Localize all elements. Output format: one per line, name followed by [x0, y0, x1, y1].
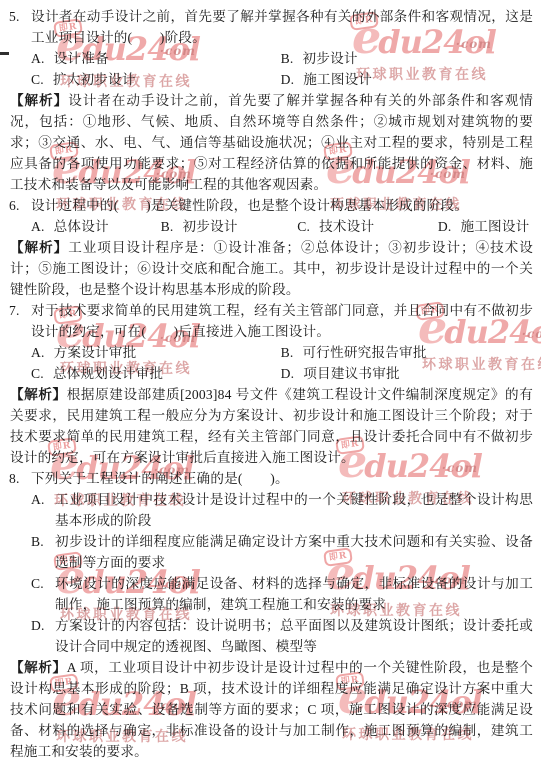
- option-group: A.工业项目设计中技术设计是设计过程中的一个关键性阶段，也是整个设计构思基本形成…: [8, 489, 533, 657]
- analysis-label: 【解析】: [10, 660, 67, 675]
- option-group: A.总体设计 B.初步设计 C.技术设计 D.施工图设计: [8, 216, 533, 237]
- option-group: A.方案设计审批 B.可行性研究报告审批 C.总体规划设计审批 D.项目建议书审…: [8, 342, 533, 384]
- document-page: 5. 设计者在动手设计之前，首先要了解并掌握各种有关的外部条件和客观情况，这是工…: [0, 0, 541, 763]
- option-a: A.总体设计: [31, 216, 157, 237]
- option-a: A.方案设计审批: [31, 342, 277, 363]
- option-text: 方案设计的内容包括：设计说明书；总平面图以及建筑设计图纸；设计委托或设计合同中规…: [55, 618, 533, 654]
- option-label: A.: [31, 219, 45, 234]
- option-b: B.可行性研究报告审批: [281, 342, 427, 363]
- option-c: C.扩大初步设计: [31, 69, 277, 90]
- option-label: C.: [31, 573, 44, 594]
- analysis: 【解析】工业项目设计程序是：①设计准备；②总体设计；③初步设计；④技术设计；⑤施…: [10, 237, 533, 300]
- option-b: B.初步设计: [161, 216, 294, 237]
- option-label: C.: [31, 366, 44, 381]
- analysis: 【解析】A 项，工业项目设计中初步设计是设计过程中的一个关键性阶段，也是整个设计…: [10, 657, 533, 762]
- analysis: 【解析】设计者在动手设计之前，首先要了解并掌握各种有关的外部条件和客观情况，包括…: [10, 90, 533, 195]
- option-text: 工业项目设计中技术设计是设计过程中的一个关键性阶段，也是整个设计构思基本形成的阶…: [55, 492, 533, 528]
- option-text: 总体规划设计审批: [53, 366, 163, 381]
- question-stem-text: 下列关于工程设计的阐述正确的是( )。: [31, 471, 289, 486]
- analysis-label: 【解析】: [10, 240, 68, 255]
- question-7: 7. 对于技术要求简单的民用建筑工程，经有关主管部门同意，并且合同中有不做初步设…: [8, 300, 533, 468]
- option-text: 初步设计: [302, 51, 357, 66]
- question-stem-text: 设计过程中的( )是关键性阶段，也是整个设计构思基本形成的阶段。: [31, 198, 468, 213]
- question-stem: 8. 下列关于工程设计的阐述正确的是( )。: [8, 468, 533, 489]
- option-label: D.: [281, 366, 295, 381]
- option-text: 可行性研究报告审批: [302, 345, 426, 360]
- option-label: A.: [31, 345, 45, 360]
- option-d: D.方案设计的内容包括：设计说明书；总平面图以及建筑设计图纸；设计委托或设计合同…: [31, 615, 533, 657]
- question-stem-text: 对于技术要求简单的民用建筑工程，经有关主管部门同意，并且合同中有不做初步设计的约…: [31, 303, 533, 339]
- option-d: D.施工图设计: [438, 216, 530, 237]
- question-5: 5. 设计者在动手设计之前，首先要了解并掌握各种有关的外部条件和客观情况，这是工…: [8, 6, 533, 195]
- analysis-text: A 项，工业项目设计中初步设计是设计过程中的一个关键性阶段，也是整个设计构思基本…: [10, 660, 533, 759]
- option-label: B.: [281, 345, 294, 360]
- option-label: B.: [161, 219, 174, 234]
- option-text: 设计准备: [54, 51, 109, 66]
- option-text: 施工图设计: [460, 219, 529, 234]
- option-c: C.总体规划设计审批: [31, 363, 277, 384]
- option-text: 初步设计: [182, 219, 237, 234]
- option-text: 施工图设计: [303, 72, 372, 87]
- analysis-text: 根据原建设部建质[2003]84 号文件《建筑工程设计文件编制深度规定》的有关要…: [10, 387, 533, 465]
- analysis-label: 【解析】: [10, 93, 68, 108]
- option-label: D.: [438, 219, 452, 234]
- analysis-text: 设计者在动手设计之前，首先要了解并掌握各种有关的外部条件和客观情况，包括：①地形…: [10, 93, 533, 192]
- question-stem-text: 设计者在动手设计之前，首先要了解并掌握各种有关的外部条件和客观情况，这是工业项目…: [31, 9, 533, 45]
- option-text: 总体设计: [54, 219, 109, 234]
- question-stem: 6. 设计过程中的( )是关键性阶段，也是整个设计构思基本形成的阶段。: [8, 195, 533, 216]
- option-row: A.总体设计 B.初步设计 C.技术设计 D.施工图设计: [31, 216, 533, 237]
- option-row: C.总体规划设计审批 D.项目建议书审批: [31, 363, 533, 384]
- option-a: A.设计准备: [31, 48, 277, 69]
- option-row: C.扩大初步设计 D.施工图设计: [31, 69, 533, 90]
- question-number: 5.: [9, 6, 20, 27]
- question-number: 7.: [9, 300, 20, 321]
- option-c: C.技术设计: [297, 216, 434, 237]
- analysis-label: 【解析】: [10, 387, 67, 402]
- question-stem: 5. 设计者在动手设计之前，首先要了解并掌握各种有关的外部条件和客观情况，这是工…: [8, 6, 533, 48]
- option-label: D.: [31, 615, 45, 636]
- option-row: A.设计准备 B.初步设计: [31, 48, 533, 69]
- option-label: C.: [31, 72, 44, 87]
- option-row: A.方案设计审批 B.可行性研究报告审批: [31, 342, 533, 363]
- question-6: 6. 设计过程中的( )是关键性阶段，也是整个设计构思基本形成的阶段。 A.总体…: [8, 195, 533, 300]
- option-c: C.环境设计的深度应能满足设备、材料的选择与确定，非标准设备的设计与加工制作，施…: [31, 573, 533, 615]
- option-group: A.设计准备 B.初步设计 C.扩大初步设计 D.施工图设计: [8, 48, 533, 90]
- option-b: B.初步设计的详细程度应能满足确定设计方案中重大技术问题和有关实验、设备选制等方…: [31, 531, 533, 573]
- question-8: 8. 下列关于工程设计的阐述正确的是( )。 A.工业项目设计中技术设计是设计过…: [8, 468, 533, 762]
- option-label: A.: [31, 51, 45, 66]
- option-text: 技术设计: [319, 219, 374, 234]
- option-d: D.施工图设计: [281, 69, 373, 90]
- option-label: A.: [31, 489, 45, 510]
- option-label: C.: [297, 219, 310, 234]
- option-text: 扩大初步设计: [53, 72, 136, 87]
- question-stem: 7. 对于技术要求简单的民用建筑工程，经有关主管部门同意，并且合同中有不做初步设…: [8, 300, 533, 342]
- option-text: 方案设计审批: [54, 345, 137, 360]
- option-d: D.项目建议书审批: [281, 363, 400, 384]
- exam-content: 5. 设计者在动手设计之前，首先要了解并掌握各种有关的外部条件和客观情况，这是工…: [0, 0, 541, 762]
- option-label: B.: [281, 51, 294, 66]
- analysis-text: 工业项目设计程序是：①设计准备；②总体设计；③初步设计；④技术设计；⑤施工图设计…: [10, 240, 533, 297]
- option-b: B.初步设计: [281, 48, 358, 69]
- option-text: 环境设计的深度应能满足设备、材料的选择与确定，非标准设备的设计与加工制作，施工图…: [55, 576, 533, 612]
- option-a: A.工业项目设计中技术设计是设计过程中的一个关键性阶段，也是整个设计构思基本形成…: [31, 489, 533, 531]
- option-label: B.: [31, 531, 44, 552]
- option-text: 初步设计的详细程度应能满足确定设计方案中重大技术问题和有关实验、设备选制等方面的…: [55, 534, 533, 570]
- scan-artifact-dash: [0, 52, 9, 55]
- question-number: 6.: [9, 195, 20, 216]
- question-number: 8.: [9, 468, 20, 489]
- option-label: D.: [281, 72, 295, 87]
- option-text: 项目建议书审批: [303, 366, 400, 381]
- analysis: 【解析】根据原建设部建质[2003]84 号文件《建筑工程设计文件编制深度规定》…: [10, 384, 533, 468]
